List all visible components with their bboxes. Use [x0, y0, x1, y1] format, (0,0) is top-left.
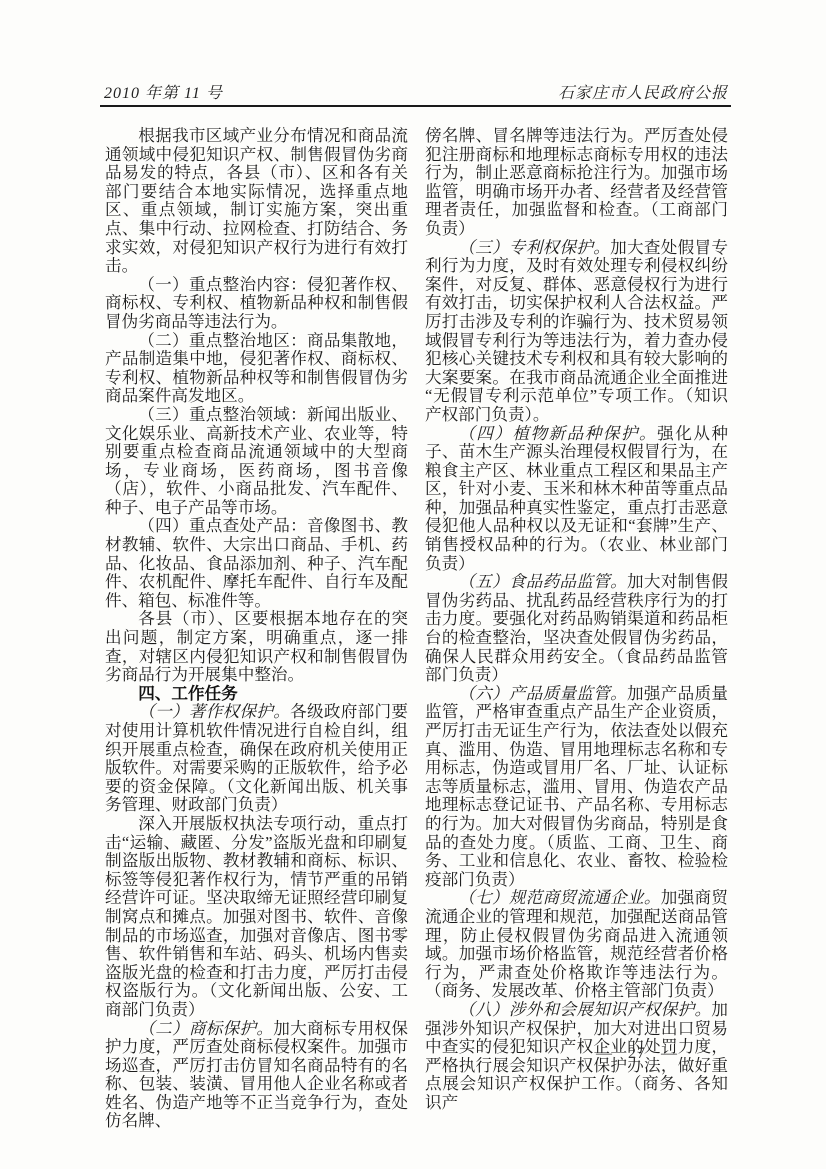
gazette-page: 2010 年第 11 号 石家庄市人民政府公报 根据我市区域产业分布情况和商品流… — [0, 0, 826, 1169]
paragraph: （三）重点整治领域：新闻出版业、文化娱乐业、高新技术产业、农业等，特别要重点检查… — [105, 406, 408, 518]
running-header: 2010 年第 11 号 石家庄市人民政府公报 — [104, 80, 728, 103]
subsection-title: （四）植物新品种保护。 — [458, 424, 657, 443]
paragraph: （四）重点查处产品：音像图书、教材教辅、软件、大宗出口商品、手机、药品、化妆品、… — [105, 517, 408, 610]
subsection-title: （七）规范商贸流通企业。 — [458, 888, 661, 907]
paragraph: （一）著作权保护。各级政府部门要对使用计算机软件情况进行自检自纠，组织开展重点检… — [105, 703, 408, 815]
paragraph: （四）植物新品种保护。强化从种子、苗木生产源头治理侵权假冒行为，在粮食主产区、林… — [425, 425, 728, 574]
header-rule — [100, 105, 731, 107]
subsection-title: （六）产品质量监管。 — [458, 684, 627, 703]
paragraph: （二）商标保护。加大商标专用权保护力度，严厉查处商标侵权案件。加强市场巡查，严厉… — [105, 1020, 408, 1132]
paragraph: （八）涉外和会展知识产权保护。加强涉外知识产权保护，加大对进出口贸易中查实的侵犯… — [425, 1001, 728, 1113]
paragraph: （三）专利权保护。加大查处假冒专利行为力度，及时有效处理专利侵权纠纷案件，对反复… — [425, 239, 728, 425]
subsection-title: （三）专利权保护。 — [458, 238, 610, 257]
text-columns: 根据我市区域产业分布情况和商品流通领域中侵犯知识产权、制售假冒伪劣商品易发的特点… — [105, 127, 728, 1131]
paragraph: （五）食品药品监管。加大对制售假冒伪劣药品、扰乱药品经营秩序行为的打击力度。要强… — [425, 573, 728, 685]
paragraph-text: 强化从种子、苗木生产源头治理侵权假冒行为，在粮食主产区、林业重点工程区和果品主产… — [425, 424, 728, 573]
right-column: 傍名牌、冒名牌等违法行为。严厉查处侵犯注册商标和地理标志商标专用权的违法行为，制… — [425, 127, 728, 1131]
section-heading: 四、工作任务 — [105, 685, 408, 704]
paragraph: （一）重点整治内容：侵犯著作权、商标权、专利权、植物新品种权和制售假冒伪劣商品等… — [105, 276, 408, 332]
paragraph-text: 加强产品质量监管，严格审查重点产品生产企业资质，严厉打击无证生产行为，依法查处以… — [425, 684, 728, 889]
paragraph: 各县（市）、区要根据本地存在的突出问题，制定方案，明确重点，逐一排查，对辖区内侵… — [105, 610, 408, 684]
subsection-title: （五）食品药品监管。 — [458, 572, 627, 591]
paragraph: 深入开展版权执法专项行动，重点打击“运输、藏匿、分发”盗版光盘和印刷复制盗版出版… — [105, 815, 408, 1020]
paragraph: （六）产品质量监管。加强产品质量监管，严格审查重点产品生产企业资质，严厉打击无证… — [425, 685, 728, 890]
subsection-title: （一）著作权保护。 — [138, 702, 290, 721]
paragraph: 根据我市区域产业分布情况和商品流通领域中侵犯知识产权、制售假冒伪劣商品易发的特点… — [105, 127, 408, 276]
paragraph: （七）规范商贸流通企业。加强商贸流通企业的管理和规范，加强配送商品管理，防止侵权… — [425, 889, 728, 1001]
page-number: — 27 — — [596, 1045, 678, 1063]
issue-number: 2010 年第 11 号 — [104, 80, 223, 103]
left-column: 根据我市区域产业分布情况和商品流通领域中侵犯知识产权、制售假冒伪劣商品易发的特点… — [105, 127, 408, 1131]
subsection-title: （二）商标保护。 — [138, 1019, 273, 1038]
subsection-title: （八）涉外和会展知识产权保护。 — [458, 1000, 711, 1019]
paragraph: （二）重点整治地区：商品集散地，产品制造集中地，侵犯著作权、商标权、专利权、植物… — [105, 332, 408, 406]
paragraph: 傍名牌、冒名牌等违法行为。严厉查处侵犯注册商标和地理标志商标专用权的违法行为，制… — [425, 127, 728, 239]
publication-title: 石家庄市人民政府公报 — [558, 80, 728, 103]
paragraph-text: 加大查处假冒专利行为力度，及时有效处理专利侵权纠纷案件，对反复、群体、恶意侵权行… — [425, 238, 728, 424]
